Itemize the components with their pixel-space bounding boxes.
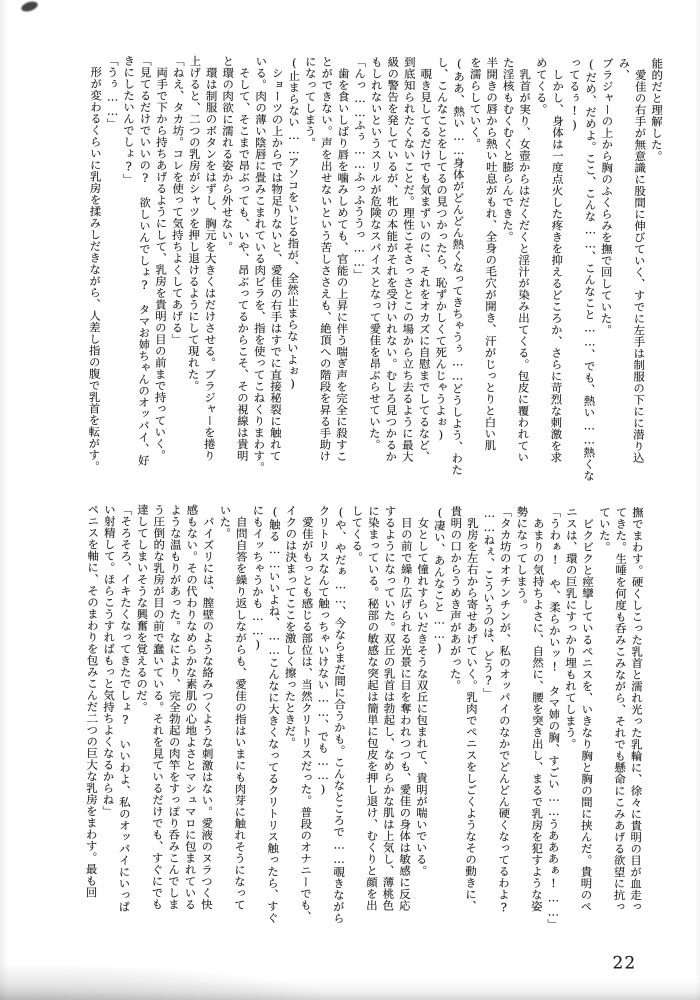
page-content: 能的だと理解した。 愛佳の右手が無意識に股間に伸びていく、すでに左手は制服の下に…	[0, 0, 700, 1000]
text-column: ブラジャーの上から胸のふくらみを撫で回していた。	[597, 57, 616, 483]
text-column: 「うわぁ! や、柔らかいッ! タマ姉の胸、すごい……うあああぁ!……」	[545, 506, 564, 938]
text-column: 愛佳がもっとも感じる部位は、当然クリトリスだった。普段のオナニーでも、	[297, 505, 316, 937]
text-column: クリトリスなんて触っちゃいけない……、でも……)	[314, 505, 333, 937]
text-column: 女として憧れすらいだきそうな双丘に包まれて、貴明が喘いでいる。	[413, 505, 432, 937]
text-column: ……ねぇ、こういうのは、どう?」	[479, 506, 498, 938]
text-column: ってるぅ!)	[564, 57, 583, 483]
text-column: 自問自答を繰り返しながらも、愛佳の指はいまにも肉芽に触れそうになって	[231, 504, 250, 936]
text-column: てきた。生唾を何度も呑みこみながら、それでも懸命にこみあげる欲望に抗っ	[611, 506, 630, 938]
page-edge-shadow-corner	[0, 966, 320, 1000]
text-column: ような温もりがあった。なにより、完全勃起の肉竿をすっぽり呑みこんでしま	[165, 504, 184, 936]
text-column: 撫でまわす。硬くしこった乳首と濡れ光った乳輪に、徐々に貴明の目が血走っ	[627, 506, 646, 938]
text-column: 級の警告を発しているが、牝の本能がそれを受けいれない。むしろ見つかるか	[383, 56, 402, 482]
text-column: 「そろそろ、イキたくなってきたでしょ? いいわよ、私のオッパイにいっぱ	[116, 504, 135, 936]
text-column: ビクビクと痙攣しているペニスを、いきなり胸と胸の間に挟んだ。貴明のペ	[578, 506, 597, 938]
text-column: イクのは決まってここを激しく擦ったときだ。	[281, 505, 300, 937]
text-column: 環は制服のボタンをはずし、胸元を大きくはだけさせる。ブラジャーを捲り	[201, 55, 220, 481]
text-column: するようになっていた。双丘の乳首は勃起し、なめらかな肌は上気し、薄桃色	[380, 505, 399, 937]
text-column: いた。	[215, 504, 234, 936]
text-column: パイズリには、膣壁のような絡みつくような刺激はない。愛液のヌラつく快	[198, 504, 217, 936]
text-column: し、こんなことをしてるの見つかったら、恥ずかしくて死んじゃうよぉ)	[432, 56, 451, 482]
page-edge-shadow-left	[0, 0, 9, 1000]
text-column: 愛佳の右手が無意識に股間に伸びていく、すでに左手は制服の下にに潜り込み、	[614, 57, 649, 483]
text-block-bottom: 撫でまわす。硬くしこった乳首と濡れ光った乳輪に、徐々に貴明の目が血走ってきた。生…	[82, 504, 646, 939]
page-edge-shadow-right	[695, 0, 700, 1000]
text-column: (止まらない……アソコをいじる指が、全然止まらないよぉ)	[284, 56, 303, 482]
text-column: もしれないというスリルが危険なスパイスとなって愛佳を昂ぶらせていた。	[366, 56, 385, 482]
scanned-page: 能的だと理解した。 愛佳の右手が無意識に股間に伸びていく、すでに左手は制服の下に…	[0, 0, 700, 1000]
text-column: めてくる。	[531, 57, 550, 483]
text-column: 乳首が実り、女壺からはだくだくと淫汁が染み出てくる。包皮に覆われてい	[515, 57, 534, 483]
text-column: あまりの気持ちよさに、自然に、腰を突き出し、まるで乳房を犯すような姿	[528, 506, 547, 938]
text-column: (だめ、だめよ。ここ、こんな……、こんなこと……、でも、熱い……熱くな	[581, 57, 600, 483]
text-column: ペニスを軸に、そのまわりを包みこんだ二つの巨大な乳房をまわす。最も回	[83, 504, 102, 936]
text-column: (触る……いいよね、……こんなに大きくなってるクリトリス触ったら、すぐ	[264, 505, 283, 937]
text-column: 到底知られたくないことだ。理性こそさっさとこの場から立ち去るように最大	[399, 56, 418, 482]
text-column: 貴明の口からうめき声があがった。	[446, 506, 465, 938]
text-column: (凄い、あんなこと……)	[429, 505, 448, 937]
text-column: 能的だと理解した。	[647, 58, 666, 484]
text-column: た淫核もむくむくと膨らんできた。	[498, 57, 517, 483]
text-column: 半開きの唇から熱い吐息がもれ、全身の毛穴が開き、汗がじっとりと白い肌	[482, 57, 501, 483]
text-column: う圧倒的な乳房が目の前で蠢いている。それを見ているだけでも、すぐにでも	[149, 504, 168, 936]
text-column: 感もない。その代わりなめらかな素肌の心地よさとマシュマロに包まれている	[182, 504, 201, 936]
text-column: そして、そこまで昂ぶっても、いや、昂ぶってるからこそ、その視線は貴明	[234, 55, 253, 481]
text-column: いる。肉の薄い陰唇に畳みこまれている肉ビラを、指を使ってこねくりまわす。	[251, 55, 270, 481]
text-column: 覗き見してるだけでも気まずいのに、それをオカズに自慰までしてるなど、	[416, 56, 435, 482]
page-number: 22	[613, 953, 637, 973]
text-column: になってしまう。	[300, 56, 319, 482]
text-column: を濡らしていく。	[465, 57, 484, 483]
text-column: (ああ、熱い……身体がどんどん熱くなってきちゃうぅ……どうしよう、わた	[449, 57, 468, 483]
text-column: 「うぅ……」	[102, 55, 121, 481]
text-column: 形が変わるくらいに乳房を揉みしだきながら、人差し指の腹で乳首を転がす。	[86, 55, 105, 481]
text-column: に染まっている。秘部の敏感な突起は簡単に包皮を押し退け、むくりと顔を出	[363, 505, 382, 937]
text-column: 両手で下から持ちあげるようにして、乳房を貴明の目の前まで持っていく。	[152, 55, 171, 481]
text-column: にもイッちゃうかも……)	[248, 504, 267, 936]
text-column: 「タカ坊のオチンチンが、私のオッパイのなかでどんどん硬くなってるわよ?	[495, 506, 514, 938]
text-block-top: 能的だと理解した。 愛佳の右手が無意識に股間に伸びていく、すでに左手は制服の下に…	[84, 55, 665, 484]
text-column: してくる。	[347, 505, 366, 937]
text-column: 乳房を左右から寄せあげていく。乳肉でペニスをしごくようなその動きに、	[462, 506, 481, 938]
text-column: しかし、身体は一度点火した疼きを抑えるどころか、さらに苛烈な刺激を求	[548, 57, 567, 483]
text-column: 目の前で繰り広げられる光景に目を奪われつつも、愛佳の身体は敏感に反応	[396, 505, 415, 937]
text-column: 歯を食いしばり唇を噛みしめても、官能の上昇に伴う喘ぎ声を完全に殺すこ	[333, 56, 352, 482]
text-column: 「ねえ、タカ坊。コレを使って気持ちよくしてあげる」	[168, 55, 187, 481]
text-column: ショーツの上からでは物足りないと、愛佳の右手はすでに直接秘裂に触れて	[267, 56, 286, 482]
text-column: 「見てるだけでいいの? 欲しいんでしょ? タマお姉ちゃんのオッパイ、好	[135, 55, 154, 481]
text-column: とができない。声を出せないという苦しささえも、絶頂への階段を昇る手助け	[317, 56, 336, 482]
text-column: (や、やだぁ……、今ならまだ間に合うかも。こんなところで……覗きながら	[330, 505, 349, 937]
text-column: 勢になってしまう。	[512, 506, 531, 938]
